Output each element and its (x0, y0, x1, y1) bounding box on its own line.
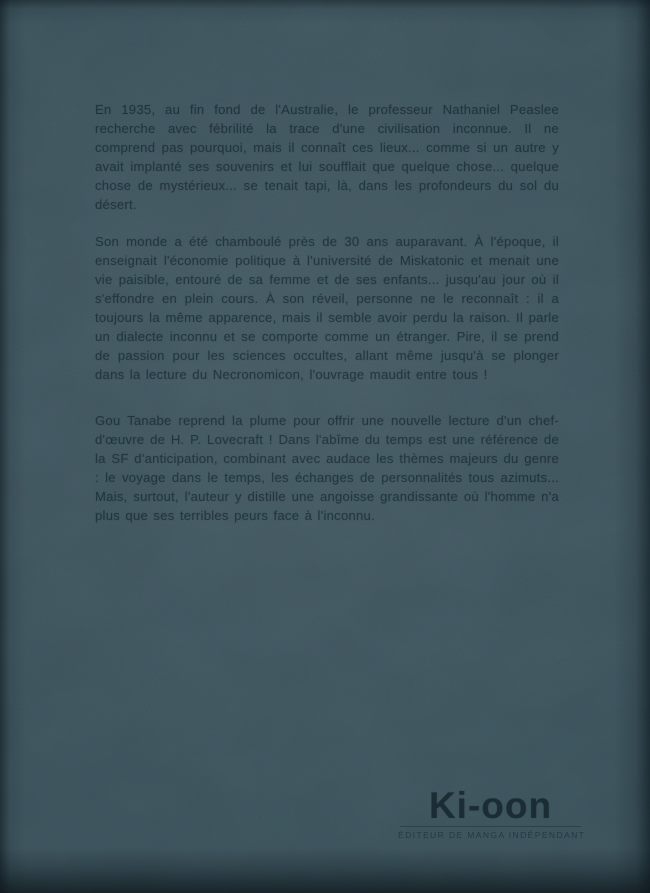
blurb-paragraph-2: Son monde a été chamboulé près de 30 ans… (95, 232, 559, 384)
blurb-paragraph-1: En 1935, au fin fond de l'Australie, le … (95, 100, 559, 214)
publisher-tagline: éditeur de manga indépendant (398, 830, 583, 840)
back-cover-blurb: En 1935, au fin fond de l'Australie, le … (95, 100, 559, 525)
blurb-paragraph-3: Gou Tanabe reprend la plume pour offrir … (95, 411, 559, 525)
publisher-logo: Ki-oon (398, 788, 583, 824)
publisher-block: Ki-oon éditeur de manga indépendant (398, 788, 583, 840)
book-back-cover: En 1935, au fin fond de l'Australie, le … (0, 0, 650, 893)
publisher-logo-rule (400, 826, 581, 827)
